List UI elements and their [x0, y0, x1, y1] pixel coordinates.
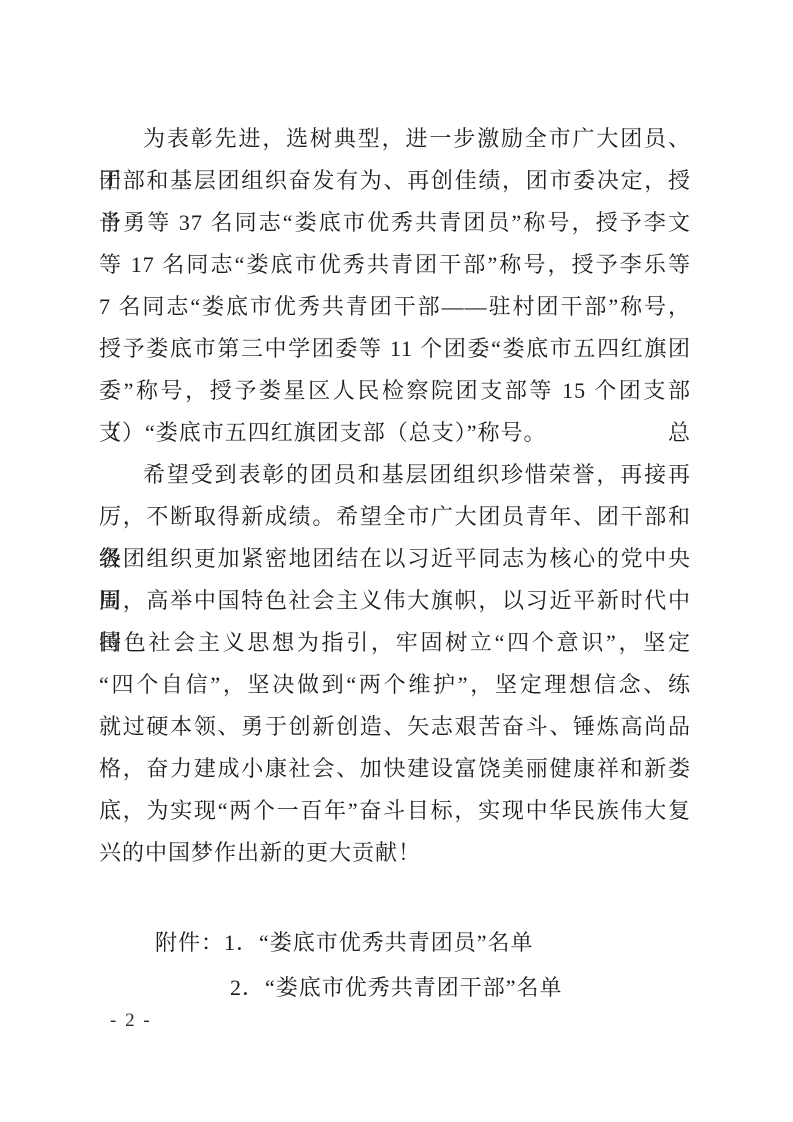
body-line: 就过硬本领、勇于创新创造、矢志艰苦奋斗、锤炼高尚品 [99, 706, 691, 748]
body-line: 干部和基层团组织奋发有为、再创佳绩，团市委决定，授予 [99, 160, 691, 202]
body-line: “四个自信”，坚决做到“两个维护”，坚定理想信念、练 [99, 664, 691, 706]
body-line: 委”称号，授予娄星区人民检察院团支部等 15 个团支部（总 [99, 370, 691, 412]
body-line: 希望受到表彰的团员和基层团组织珍惜荣誉，再接再 [99, 454, 691, 496]
body-line: 为表彰先进，选树典型，进一步激励全市广大团员、团 [99, 118, 691, 160]
attachment-item-1: 附件：1．“娄底市优秀共青团员”名单 [155, 920, 691, 965]
document-page: 为表彰先进，选树典型，进一步激励全市广大团员、团 干部和基层团组织奋发有为、再创… [0, 0, 793, 1122]
body-line: 格，奋力建成小康社会、加快建设富饶美丽健康祥和新娄 [99, 748, 691, 790]
body-line: 兴的中国梦作出新的更大贡献！ [99, 832, 691, 874]
document-body: 为表彰先进，选树典型，进一步激励全市广大团员、团 干部和基层团组织奋发有为、再创… [99, 118, 691, 1010]
attachment-item-2: 2．“娄底市优秀共青团干部”名单 [155, 965, 691, 1010]
body-line: 围，高举中国特色社会主义伟大旗帜，以习近平新时代中国 [99, 580, 691, 622]
page-number: - 2 - [110, 1010, 152, 1032]
body-line: 特色社会主义思想为指引，牢固树立“四个意识”，坚定 [99, 622, 691, 664]
body-line: 授予娄底市第三中学团委等 11 个团委“娄底市五四红旗团 [99, 328, 691, 370]
body-line: 等 17 名同志“娄底市优秀共青团干部”称号，授予李乐等 [99, 244, 691, 286]
body-line: 底，为实现“两个一百年”奋斗目标，实现中华民族伟大复 [99, 790, 691, 832]
body-line: 肖勇等 37 名同志“娄底市优秀共青团员”称号，授予李文 [99, 202, 691, 244]
body-line: 级团组织更加紧密地团结在以习近平同志为核心的党中央周 [99, 538, 691, 580]
body-line: 厉，不断取得新成绩。希望全市广大团员青年、团干部和各 [99, 496, 691, 538]
body-line: 7 名同志“娄底市优秀共青团干部——驻村团干部”称号， [99, 286, 691, 328]
paragraph-commendation: 为表彰先进，选树典型，进一步激励全市广大团员、团 干部和基层团组织奋发有为、再创… [99, 118, 691, 454]
paragraph-hope: 希望受到表彰的团员和基层团组织珍惜荣誉，再接再 厉，不断取得新成绩。希望全市广大… [99, 454, 691, 874]
attachment-list: 附件：1．“娄底市优秀共青团员”名单 2．“娄底市优秀共青团干部”名单 [99, 920, 691, 1010]
